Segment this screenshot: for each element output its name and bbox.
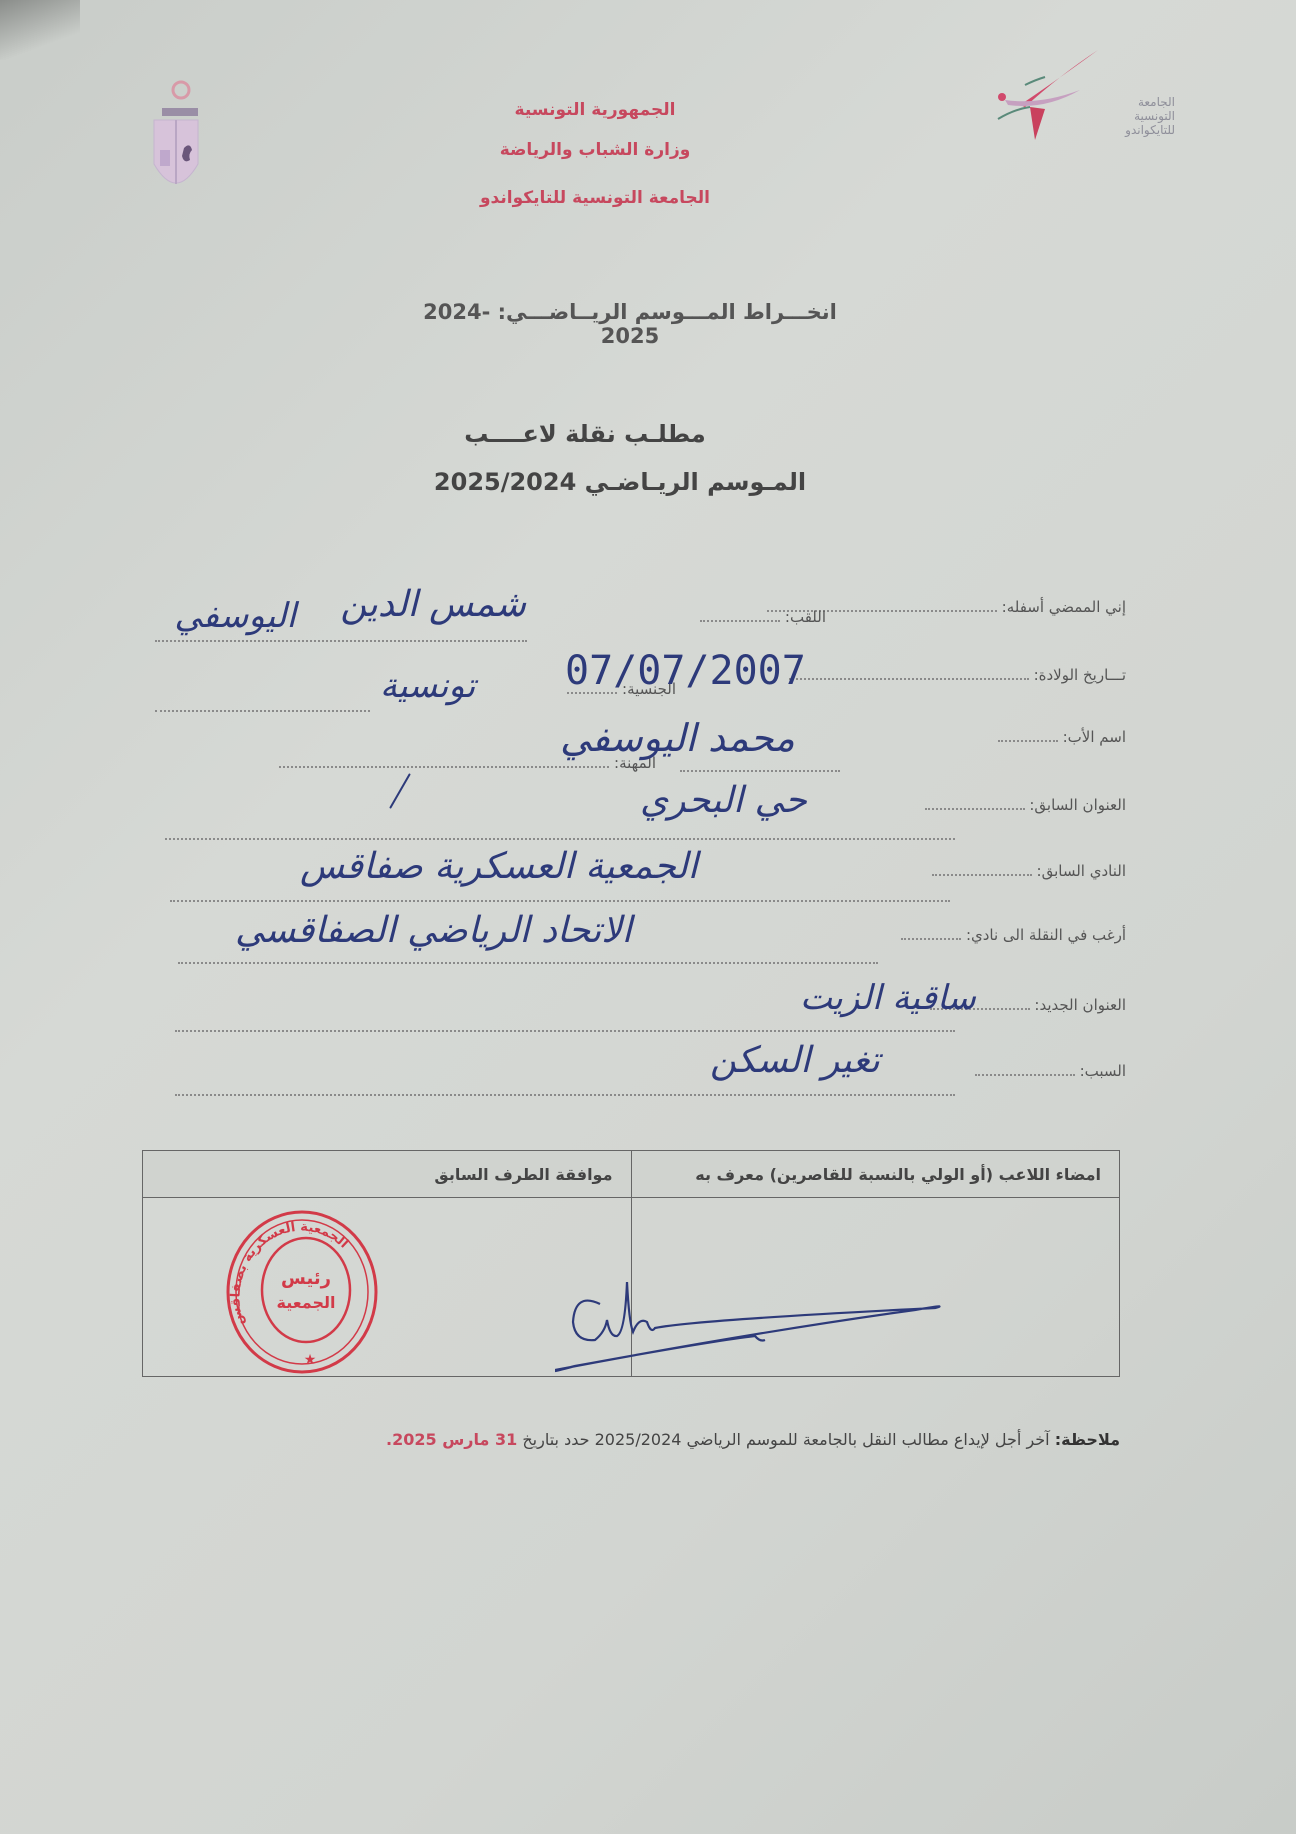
form-season-title: المـوسم الريـاضـي 2025/2024 <box>420 468 820 496</box>
federation-swoosh-icon <box>990 45 1100 140</box>
note-label: ملاحظة: <box>1055 1430 1120 1449</box>
deadline-note: ملاحظة: آخر أجل لإيداع مطالب النقل بالجا… <box>290 1430 1120 1449</box>
dotted-line <box>680 770 840 772</box>
stamp-center-line-2: الجمعية <box>276 1293 335 1312</box>
note-deadline: 31 مارس 2025. <box>386 1430 517 1449</box>
handwritten-previous-club[interactable]: الجمعية العسكرية صفاقس <box>300 846 698 887</box>
logo-text-line-3: للتايكواندو <box>1085 123 1175 137</box>
handwritten-nationality[interactable]: تونسية <box>380 666 475 706</box>
field-new-club: أرغب في النقلة الى نادي: <box>901 924 1126 944</box>
handwritten-new-address[interactable]: ساقية الزيت <box>800 978 976 1018</box>
dotted-line <box>155 710 370 712</box>
player-signature-header: امضاء اللاعب (أو الولي بالنسبة للقاصرين)… <box>631 1151 1120 1198</box>
club-stamp-icon: رئيس الجمعية ★ الجمعية العسكرية بصفاقس <box>222 1204 382 1379</box>
handwritten-reason[interactable]: تغير السكن <box>710 1040 880 1081</box>
field-label: اسم الأب: <box>1063 728 1126 746</box>
note-text: آخر أجل لإيداع مطالب النقل بالجامعة للمو… <box>522 1430 1049 1449</box>
field-father-name: اسم الأب: <box>998 726 1126 746</box>
taekwondo-federation-logo: الجامعة التونسية للتايكواندو <box>990 45 1175 155</box>
field-label: أرغب في النقلة الى نادي: <box>966 926 1126 944</box>
handwritten-new-club[interactable]: الاتحاد الرياضي الصفاقسي <box>235 910 632 951</box>
field-label: العنوان الجديد: <box>1034 996 1126 1014</box>
affiliation-label: انخـــراط المـــوسم الريــاضـــي: <box>498 300 837 324</box>
season-value: 2025/2024 <box>434 468 576 496</box>
previous-party-approval-header: موافقة الطرف السابق <box>143 1151 632 1198</box>
affiliation-season: انخـــراط المـــوسم الريــاضـــي: 2024- … <box>420 300 840 348</box>
logo-text-line-2: التونسية <box>1085 109 1175 123</box>
pen-stroke <box>389 773 411 809</box>
field-reason: السبب: <box>975 1060 1126 1080</box>
header-federation: الجامعة التونسية للتايكواندو <box>440 188 750 208</box>
field-surname: اللقب: <box>700 606 826 626</box>
dotted-line <box>155 640 527 642</box>
header-ministry: وزارة الشباب والرياضة <box>470 140 720 160</box>
field-label: تـــاريخ الولادة: <box>1034 666 1126 684</box>
dotted-line <box>178 962 878 964</box>
logo-text-line-1: الجامعة <box>1085 95 1175 109</box>
field-label: العنوان السابق: <box>1029 796 1126 814</box>
stamp-star-icon: ★ <box>304 1352 317 1368</box>
field-previous-address: العنوان السابق: <box>925 794 1126 814</box>
paper-edge-shadow <box>0 0 80 60</box>
tunisia-coat-of-arms-icon <box>148 72 204 204</box>
field-dob: تـــاريخ الولادة: <box>789 664 1126 684</box>
field-label: النادي السابق: <box>1037 862 1126 880</box>
handwritten-father-name[interactable]: محمد اليوسفي <box>560 716 795 760</box>
dotted-line <box>165 838 955 840</box>
season-label: المـوسم الريـاضـي <box>585 468 806 496</box>
form-title: مطلـب نقلة لاعــــب <box>420 420 750 448</box>
handwritten-name[interactable]: شمس الدين <box>340 584 526 625</box>
header-republic: الجمهورية التونسية <box>470 100 720 120</box>
handwritten-previous-address[interactable]: حي البحري <box>640 780 807 821</box>
federation-logo-text: الجامعة التونسية للتايكواندو <box>1085 95 1175 137</box>
field-label: إني الممضي أسفله: <box>1002 598 1126 616</box>
field-label: السبب: <box>1080 1062 1126 1080</box>
field-label: اللقب: <box>785 608 826 626</box>
dotted-line <box>175 1094 955 1096</box>
dotted-line <box>170 900 950 902</box>
field-previous-club: النادي السابق: <box>932 860 1126 880</box>
handwritten-surname[interactable]: اليوسفي <box>174 596 296 636</box>
dotted-line <box>175 1030 955 1032</box>
player-signature-icon <box>555 1262 955 1382</box>
handwritten-dob[interactable]: 07/07/2007 <box>565 648 806 694</box>
stamp-center-line-1: رئيس <box>281 1268 331 1289</box>
